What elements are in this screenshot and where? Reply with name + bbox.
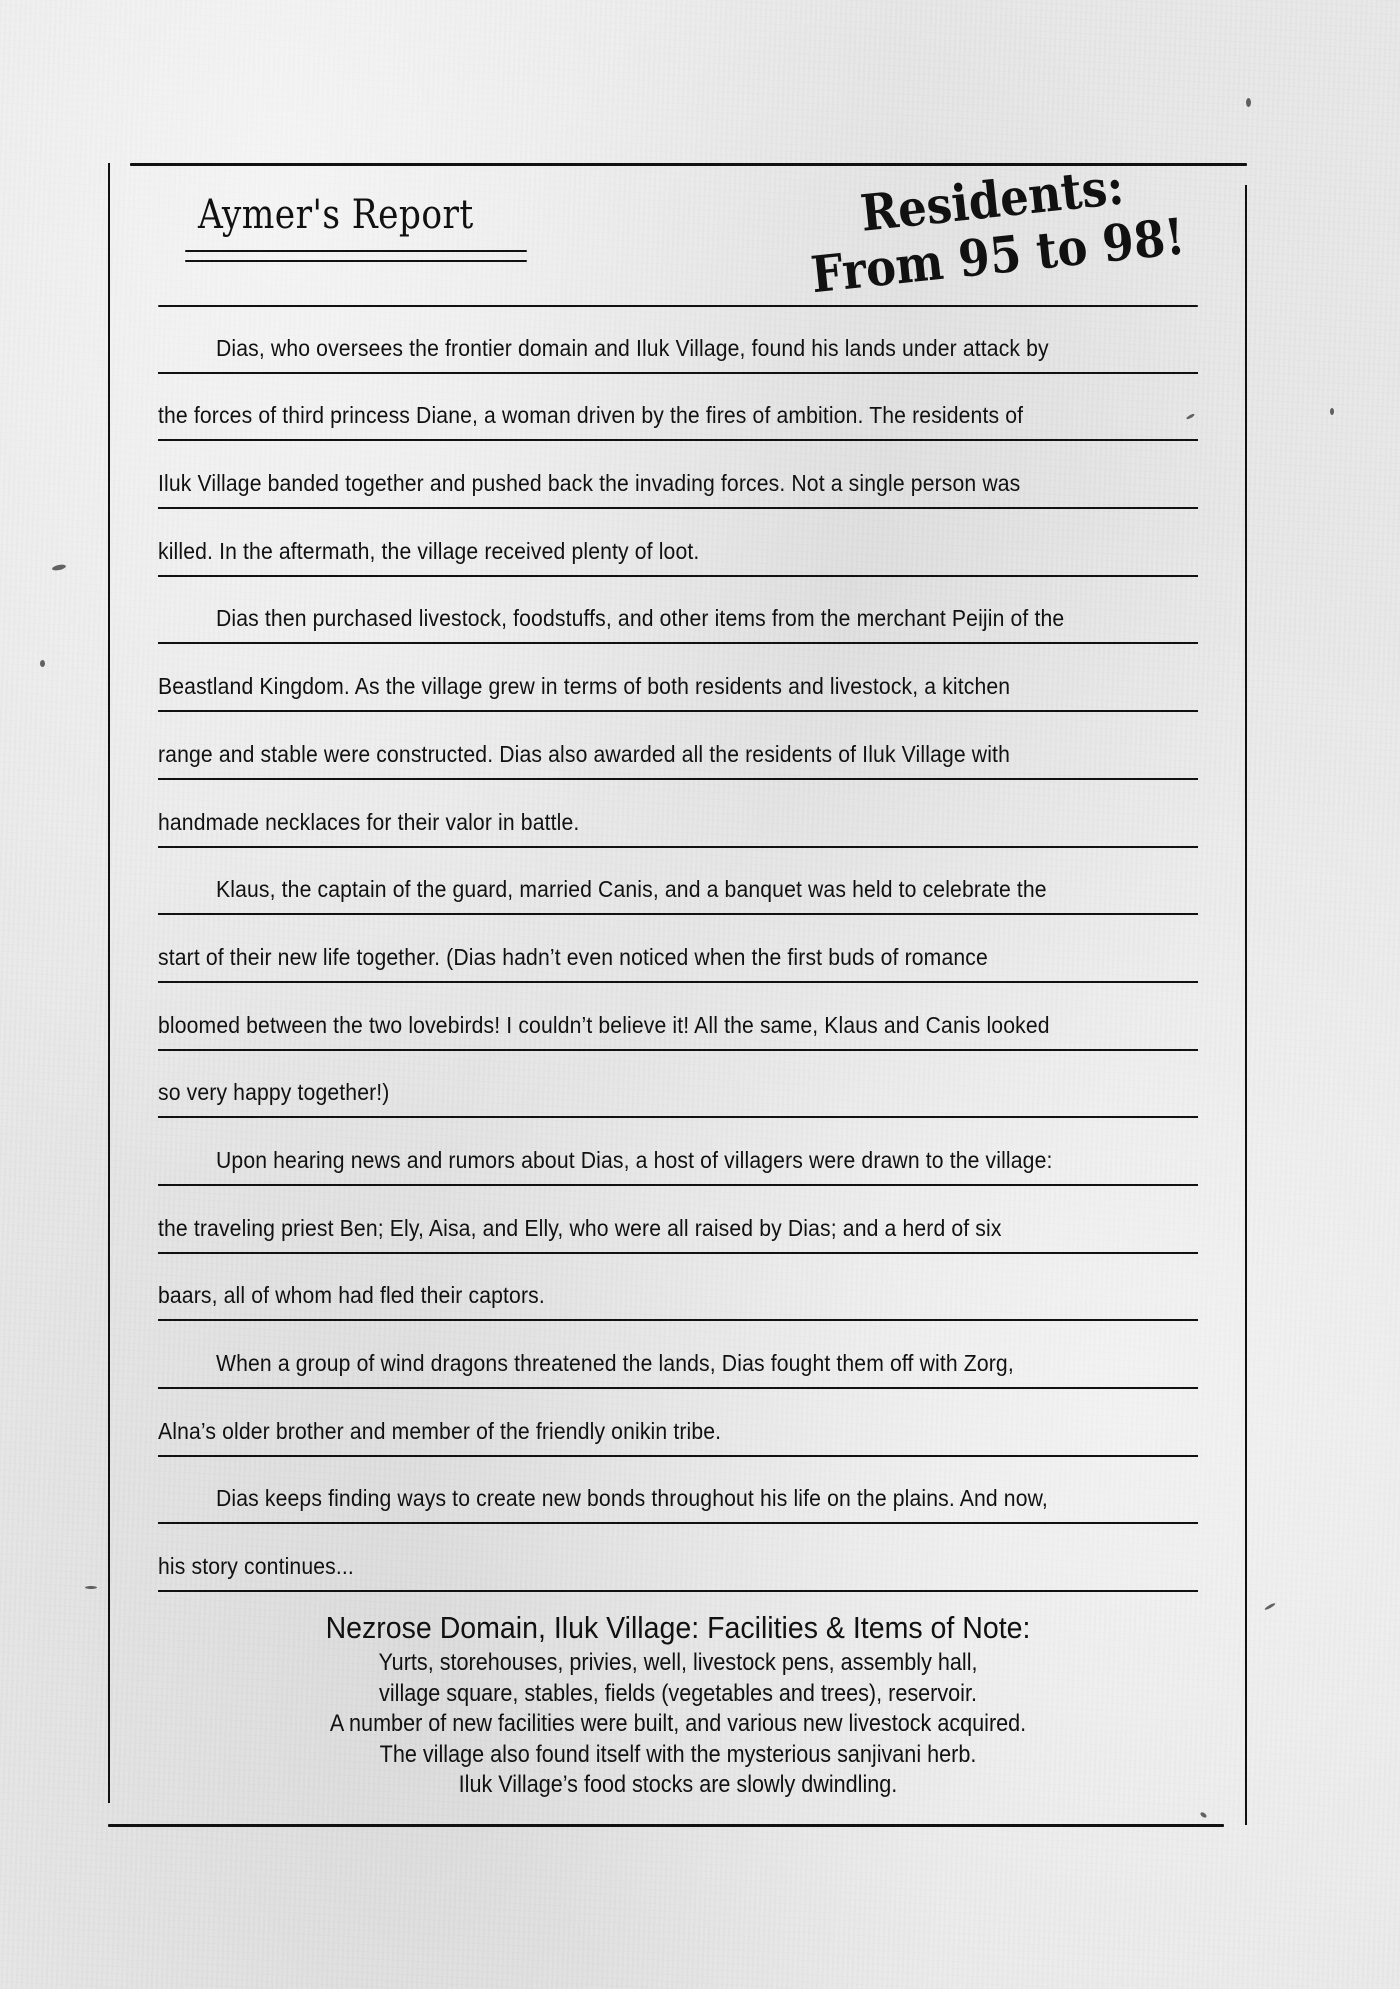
facilities-line: village square, stables, fields (vegetab… bbox=[210, 1679, 1146, 1710]
ruled-line: Iluk Village banded together and pushed … bbox=[158, 441, 1198, 509]
facilities-line: A number of new facilities were built, a… bbox=[210, 1709, 1146, 1740]
brand-underline-2 bbox=[185, 260, 527, 262]
body-text-line: Klaus, the captain of the guard, married… bbox=[216, 876, 1047, 903]
body-text-line: killed. In the aftermath, the village re… bbox=[158, 538, 699, 565]
body-text-line: range and stable were constructed. Dias … bbox=[158, 741, 1010, 768]
ruled-line: When a group of wind dragons threatened … bbox=[158, 1321, 1198, 1389]
ruled-line: the forces of third princess Diane, a wo… bbox=[158, 374, 1198, 442]
ruled-line: Dias keeps finding ways to create new bo… bbox=[158, 1457, 1198, 1525]
paper-speck bbox=[1246, 98, 1251, 107]
body-text-line: start of their new life together. (Dias … bbox=[158, 944, 988, 971]
frame-right-rule bbox=[1245, 185, 1247, 1825]
ruled-line: the traveling priest Ben; Ely, Aisa, and… bbox=[158, 1186, 1198, 1254]
body-text-line: Dias then purchased livestock, foodstuff… bbox=[216, 605, 1064, 632]
paper-speck bbox=[40, 660, 45, 667]
ruled-line: start of their new life together. (Dias … bbox=[158, 915, 1198, 983]
ruled-line: Beastland Kingdom. As the village grew i… bbox=[158, 644, 1198, 712]
body-text-line: the traveling priest Ben; Ely, Aisa, and… bbox=[158, 1215, 1002, 1242]
ruled-line: range and stable were constructed. Dias … bbox=[158, 712, 1198, 780]
paper-speck bbox=[85, 1586, 97, 1589]
ruled-line: Upon hearing news and rumors about Dias,… bbox=[158, 1118, 1198, 1186]
ruled-line: baars, all of whom had fled their captor… bbox=[158, 1254, 1198, 1322]
report-brand-title: Aymer's Report bbox=[198, 192, 474, 238]
ruled-line: Alna’s older brother and member of the f… bbox=[158, 1389, 1198, 1457]
ruled-line: Klaus, the captain of the guard, married… bbox=[158, 848, 1198, 916]
body-text-line: Upon hearing news and rumors about Dias,… bbox=[216, 1147, 1053, 1174]
paper-speck bbox=[52, 564, 67, 572]
ruled-line: his story continues... bbox=[158, 1524, 1198, 1592]
facilities-notes: Nezrose Domain, Iluk Village: Facilities… bbox=[158, 1608, 1198, 1801]
body-text-line: baars, all of whom had fled their captor… bbox=[158, 1282, 545, 1309]
body-text-line: Dias keeps finding ways to create new bo… bbox=[216, 1485, 1048, 1512]
body-text-line: When a group of wind dragons threatened … bbox=[216, 1350, 1014, 1377]
facilities-heading: Nezrose Domain, Iluk Village: Facilities… bbox=[200, 1608, 1157, 1648]
frame-bottom-rule bbox=[108, 1824, 1224, 1827]
paper-speck bbox=[1264, 1602, 1276, 1611]
facilities-line: The village also found itself with the m… bbox=[210, 1740, 1146, 1771]
ruled-line: handmade necklaces for their valor in ba… bbox=[158, 780, 1198, 848]
body-text-line: his story continues... bbox=[158, 1553, 354, 1580]
paper-speck bbox=[1199, 1811, 1207, 1818]
ruled-line: bloomed between the two lovebirds! I cou… bbox=[158, 983, 1198, 1051]
body-text-line: Iluk Village banded together and pushed … bbox=[158, 470, 1020, 497]
body-text-line: Alna’s older brother and member of the f… bbox=[158, 1418, 721, 1445]
ruled-line: killed. In the aftermath, the village re… bbox=[158, 509, 1198, 577]
body-text-line: bloomed between the two lovebirds! I cou… bbox=[158, 1012, 1050, 1039]
ruled-line: Dias then purchased livestock, foodstuff… bbox=[158, 577, 1198, 645]
brand-underline-1 bbox=[185, 250, 527, 252]
paper-speck bbox=[1330, 408, 1334, 415]
ruled-line: Dias, who oversees the frontier domain a… bbox=[158, 306, 1198, 374]
frame-left-rule bbox=[108, 163, 110, 1803]
page-headline: Residents: From 95 to 98! bbox=[775, 150, 1214, 306]
facilities-line: Iluk Village’s food stocks are slowly dw… bbox=[210, 1770, 1146, 1801]
body-text-line: handmade necklaces for their valor in ba… bbox=[158, 809, 579, 836]
facilities-line: Yurts, storehouses, privies, well, lives… bbox=[210, 1648, 1146, 1679]
body-text-line: the forces of third princess Diane, a wo… bbox=[158, 402, 1023, 429]
body-text-line: Dias, who oversees the frontier domain a… bbox=[216, 335, 1049, 362]
report-body: Dias, who oversees the frontier domain a… bbox=[158, 306, 1198, 1592]
body-text-line: Beastland Kingdom. As the village grew i… bbox=[158, 673, 1010, 700]
body-text-line: so very happy together!) bbox=[158, 1079, 389, 1106]
ruled-line: so very happy together!) bbox=[158, 1051, 1198, 1119]
